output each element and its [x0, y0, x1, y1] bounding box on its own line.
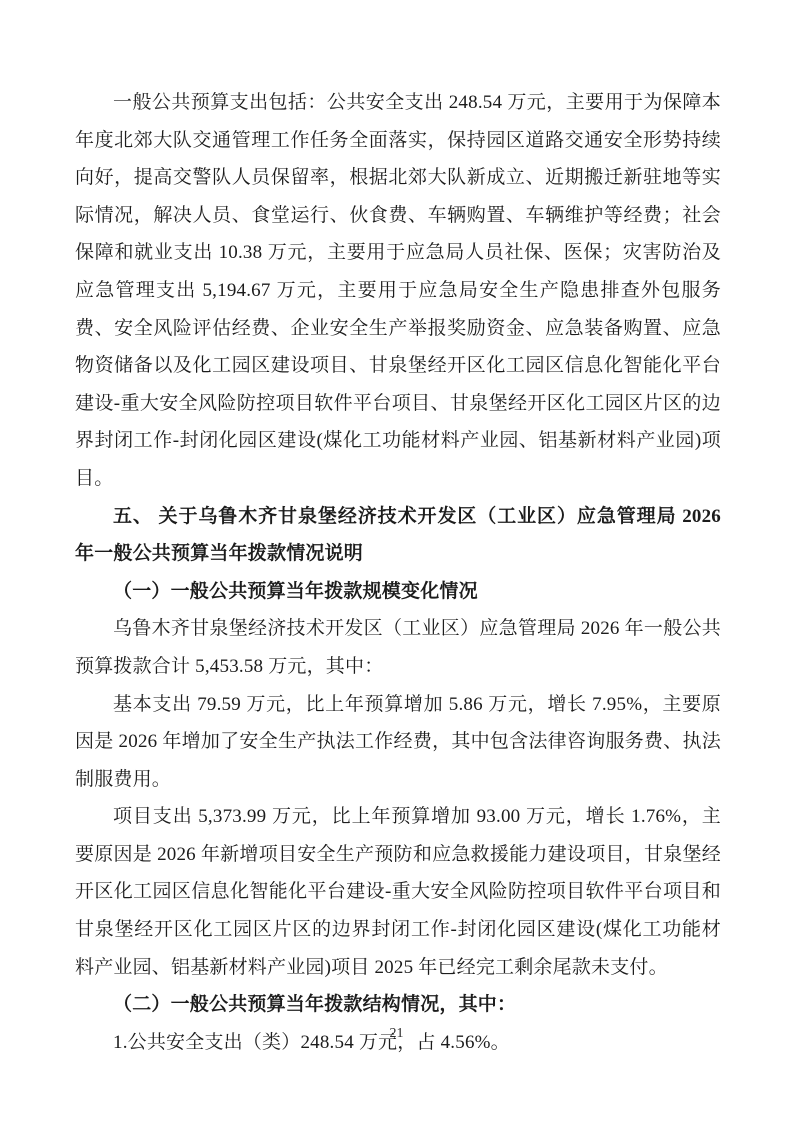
paragraph-total-allocation: 乌鲁木齐甘泉堡经济技术开发区（工业区）应急管理局 2026 年一般公共预算拨款合… [75, 610, 721, 685]
heading-subsection-two: （二）一般公共预算当年拨款结构情况，其中： [75, 986, 721, 1024]
page-number: 21 [0, 1026, 793, 1042]
paragraph-basic-expenditure: 基本支出 79.59 万元，比上年预算增加 5.86 万元，增长 7.95%，主… [75, 686, 721, 799]
heading-section-five: 五、 关于乌鲁木齐甘泉堡经济技术开发区（工业区）应急管理局 2026 年一般公共… [75, 498, 721, 573]
document-page: 一般公共预算支出包括：公共安全支出 248.54 万元，主要用于为保障本年度北郊… [0, 0, 793, 1122]
document-body: 一般公共预算支出包括：公共安全支出 248.54 万元，主要用于为保障本年度北郊… [75, 84, 721, 1061]
heading-subsection-one: （一）一般公共预算当年拨款规模变化情况 [75, 573, 721, 611]
paragraph-project-expenditure: 项目支出 5,373.99 万元，比上年预算增加 93.00 万元，增长 1.7… [75, 798, 721, 986]
paragraph-expenditure-breakdown: 一般公共预算支出包括：公共安全支出 248.54 万元，主要用于为保障本年度北郊… [75, 84, 721, 498]
